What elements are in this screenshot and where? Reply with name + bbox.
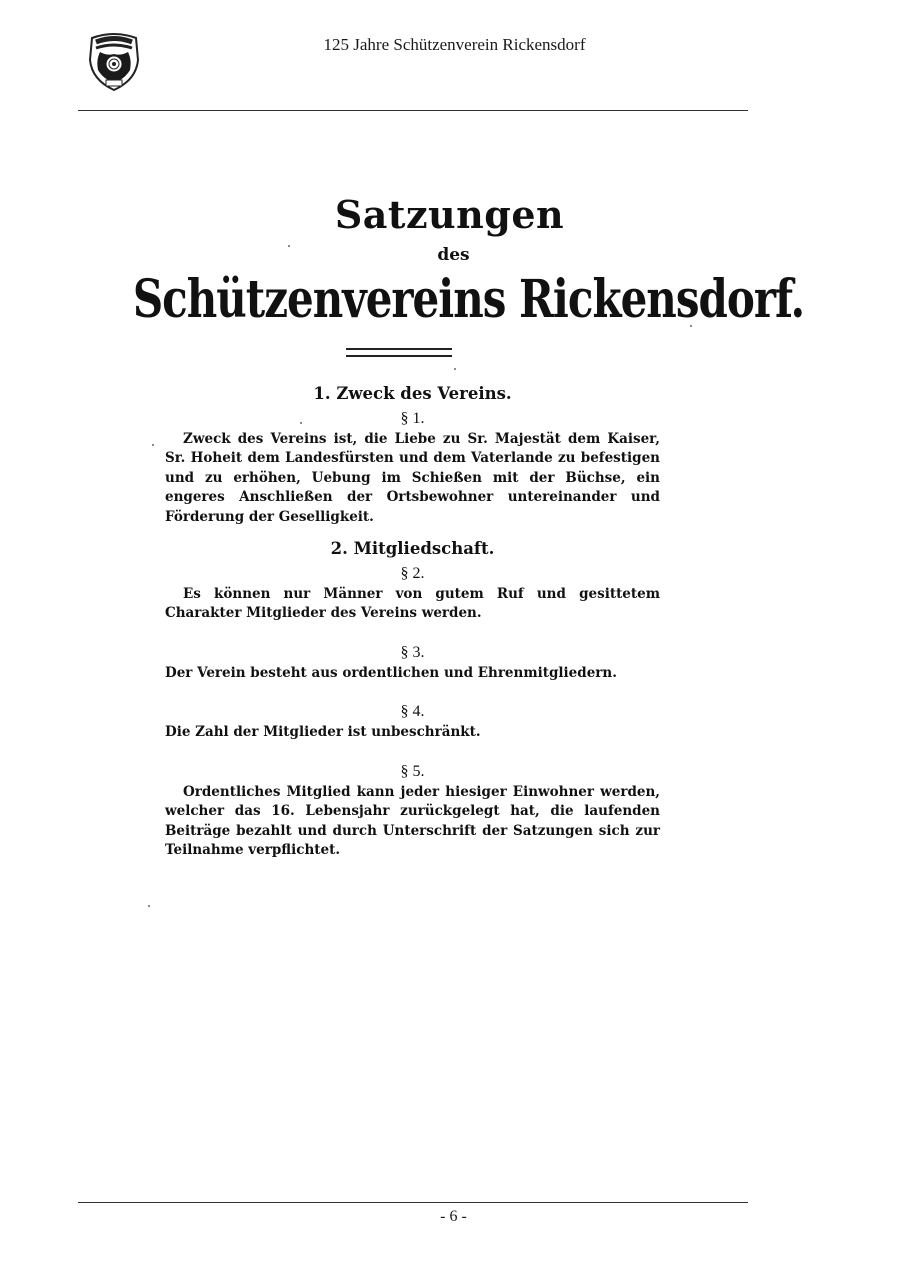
header-divider bbox=[78, 110, 748, 111]
paragraph-mark: § 2. bbox=[165, 563, 660, 585]
scan-speck bbox=[288, 245, 290, 247]
page-header-title: 125 Jahre Schützenverein Rickensdorf bbox=[0, 35, 897, 55]
title-double-rule bbox=[346, 348, 452, 357]
scan-speck bbox=[148, 905, 150, 907]
scan-speck bbox=[152, 444, 154, 446]
scan-speck bbox=[454, 368, 456, 370]
paragraph-text: Es können nur Männer von gutem Ruf und g… bbox=[165, 585, 660, 624]
scan-speck bbox=[690, 325, 692, 327]
section-heading: 1. Zweck des Vereins. bbox=[165, 384, 660, 404]
document-title: Satzungen bbox=[0, 192, 897, 237]
paragraph-mark: § 5. bbox=[165, 761, 660, 783]
paragraph-mark: § 1. bbox=[165, 408, 660, 430]
paragraph-mark: § 4. bbox=[165, 701, 660, 723]
document-title-des: des bbox=[0, 245, 897, 265]
paragraph-text: Die Zahl der Mitglieder ist unbeschränkt… bbox=[165, 723, 660, 743]
scan-speck bbox=[200, 668, 202, 670]
paragraph-text: Zweck des Vereins ist, die Liebe zu Sr. … bbox=[165, 430, 660, 528]
page-number: - 6 - bbox=[0, 1208, 897, 1226]
paragraph-text: Der Verein besteht aus ordentlichen und … bbox=[165, 664, 660, 684]
document-subtitle: Schützenvereins Rickensdorf. bbox=[0, 268, 897, 329]
document-body: 1. Zweck des Vereins. § 1. Zweck des Ver… bbox=[165, 380, 660, 861]
paragraph-mark: § 3. bbox=[165, 642, 660, 664]
paragraph-text: Ordentliches Mitglied kann jeder hiesige… bbox=[165, 783, 660, 861]
footer-divider bbox=[78, 1202, 748, 1203]
section-heading: 2. Mitgliedschaft. bbox=[165, 539, 660, 559]
scan-speck bbox=[300, 422, 302, 424]
